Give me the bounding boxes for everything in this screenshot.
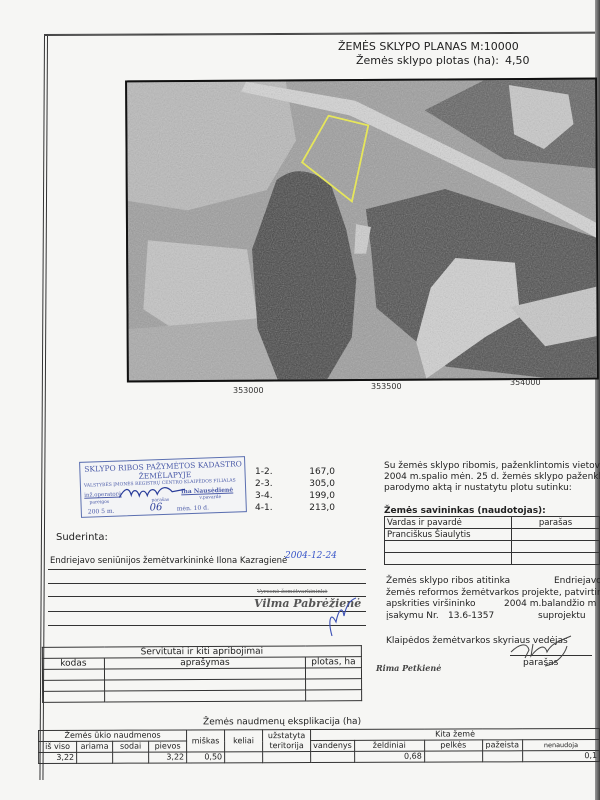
cell [105, 690, 306, 702]
cell [43, 691, 105, 702]
land-explication: Žemės naudmenų eksplikacija (ha) Žemės ū… [38, 716, 600, 718]
table-row: Pranciškus Šiaulytis [385, 529, 600, 541]
owner-name-cell [385, 541, 512, 553]
side-segment: 4-1. [255, 502, 297, 514]
value-forest: 0,50 [187, 752, 225, 763]
document-title: ŽEMĖS SKLYPO PLANAS M:10000 [338, 40, 519, 53]
stamp-sub-pareigos: pareigos [89, 500, 109, 506]
value-meadows: 3,22 [149, 752, 187, 763]
chief-signature [322, 592, 358, 640]
col-built-up: užstatyta teritorija [263, 730, 311, 752]
divider [48, 625, 366, 626]
approval-heading: Suderinta: [56, 532, 108, 543]
agreement-line: Su žemės sklypo ribomis, paženklintomis … [384, 461, 600, 472]
cell [306, 679, 362, 690]
cell [306, 690, 362, 701]
table-row [385, 553, 600, 565]
aerial-photo [127, 80, 597, 381]
table-row [385, 541, 600, 553]
chief-title: Vyresnė žemėtvarkininkė [257, 589, 327, 595]
owner-col-signature: parašas [512, 517, 600, 529]
side-segment: 1-2. [255, 466, 297, 478]
agreement-line: 2004 m.spalio mėn. 25 d. žemės sklypo pa… [384, 472, 600, 483]
explication-title: Žemės naudmenų eksplikacija (ha) [203, 717, 361, 728]
side-row: 3-4.199,0 [255, 490, 345, 502]
side-row: 2-3.305,0 [255, 478, 345, 490]
value-water [311, 751, 355, 762]
col-total: iš viso [39, 741, 77, 752]
col-kodas: kodas [42, 658, 104, 669]
col-damaged: pažeista [482, 740, 522, 751]
cadastre-stamp: SKLYPO RIBOS PAŽYMĖTOS KADASTRO ŽEMĖLAPY… [79, 456, 247, 518]
divider [48, 611, 366, 612]
compliance-line: suprojektu [538, 611, 586, 623]
stamp-name: ina Nausėdienė [181, 487, 233, 496]
stamp-year: 200 5 m. [88, 508, 115, 516]
sides-list: 1-2.167,0 2-3.305,0 3-4.199,0 4-1.213,0 [255, 466, 345, 514]
side-length: 199,0 [297, 490, 335, 502]
owner-table: Vardas ir pavardė parašas Pranciškus Šia… [384, 516, 600, 565]
table-row: 3,22 3,22 0,50 0,68 0,1 [39, 751, 600, 764]
col-greenery: želdiniai [354, 740, 424, 751]
divider [48, 583, 366, 584]
frame-top-border [44, 32, 600, 36]
stamp-signature [117, 483, 188, 501]
endriejavo-approver: Endriejavo seniūnijos žemėtvarkininkė Il… [50, 556, 287, 566]
value-damaged [482, 751, 522, 762]
compliance-line: Endriejavo [554, 576, 600, 588]
cell [42, 669, 104, 680]
stamp-month: 06 [150, 502, 163, 513]
col-plotas: plotas, ha [305, 657, 361, 668]
divider [48, 569, 366, 570]
owner-signature-cell [512, 541, 600, 553]
value-swamps [424, 751, 482, 762]
value-orchards [113, 752, 149, 763]
side-length: 167,0 [297, 466, 335, 478]
cell [43, 680, 105, 691]
owner-name-cell: Pranciškus Šiaulytis [385, 529, 512, 541]
servitudes-table: Servitutai ir kiti apribojimai kodas apr… [42, 645, 362, 703]
col-orchards: sodai [113, 741, 149, 752]
compliance-line: Žemės sklypo ribos atitinka [386, 576, 510, 588]
col-forest: miškas [187, 730, 225, 752]
cell [305, 668, 361, 679]
x-tick-353500: 353500 [371, 382, 402, 391]
aerial-map [125, 78, 599, 383]
col-water: vandenys [311, 740, 355, 751]
table-row: Vardas ir pavardė parašas [385, 517, 600, 529]
x-tick-354000: 354000 [510, 378, 541, 387]
col-arable: ariama [77, 741, 113, 752]
area-value: 4,50 [505, 54, 530, 67]
compliance-line: apskrities viršininko [386, 599, 475, 611]
head-signature [505, 634, 575, 668]
explication-table: Žemės ūkio naudmenos miškas keliai užsta… [38, 728, 600, 764]
endriejavo-signature-date: 2004-12-24 [285, 551, 337, 561]
side-segment: 3-4. [255, 490, 297, 502]
area-label: Žemės sklypo plotas (ha): [356, 54, 499, 67]
head-name: Rima Petkienė [376, 663, 441, 673]
col-meadows: pievos [149, 741, 187, 752]
order-number: 13.6-1357 [448, 611, 494, 623]
value-greenery: 0,68 [354, 751, 424, 762]
col-unused: nenaudoja [522, 740, 599, 751]
col-swamps: pelkės [424, 740, 482, 751]
owner-signature-cell [512, 529, 600, 541]
col-roads: keliai [225, 730, 263, 752]
agreement-text: Su žemės sklypo ribomis, paženklintomis … [384, 461, 600, 494]
value-roads [225, 752, 263, 763]
compliance-line: žemės reformos žemėtvarkos projekte, pat… [386, 588, 600, 600]
stamp-day: mėn. 10 d. [177, 504, 209, 512]
owner-name-cell [385, 553, 512, 565]
value-total: 3,22 [39, 752, 77, 763]
owner-signature-cell [512, 553, 600, 565]
group-agricultural: Žemės ūkio naudmenos [39, 730, 187, 742]
side-segment: 2-3. [255, 478, 297, 490]
stamp-operator-label: inž.operatorė [84, 491, 122, 498]
agreement-line: parodymo aktą ir nustatytu plotu sutinku… [384, 483, 600, 494]
owner-col-name: Vardas ir pavardė [385, 517, 512, 529]
owner-heading: Žemės savininkas (naudotojas): [384, 506, 546, 516]
value-arable [77, 752, 113, 763]
compliance-line: 2004 m.balandžio m [504, 599, 596, 611]
stamp-sub-pavarde: v.pavardė [199, 495, 221, 501]
land-plot-plan-document: ŽEMĖS SKLYPO PLANAS M:10000 Žemės sklypo… [0, 0, 600, 800]
x-tick-353000: 353000 [233, 386, 264, 395]
value-built-up [263, 752, 311, 763]
stamp-line-2: ŽEMĖLAPYJE [138, 470, 191, 481]
value-unused: 0,1 [522, 751, 599, 762]
side-length: 213,0 [297, 502, 335, 514]
side-length: 305,0 [297, 478, 335, 490]
table-row [43, 690, 362, 703]
side-row: 4-1.213,0 [255, 502, 345, 514]
side-row: 1-2.167,0 [255, 466, 345, 478]
compliance-line: įsakymu Nr. [386, 611, 439, 623]
